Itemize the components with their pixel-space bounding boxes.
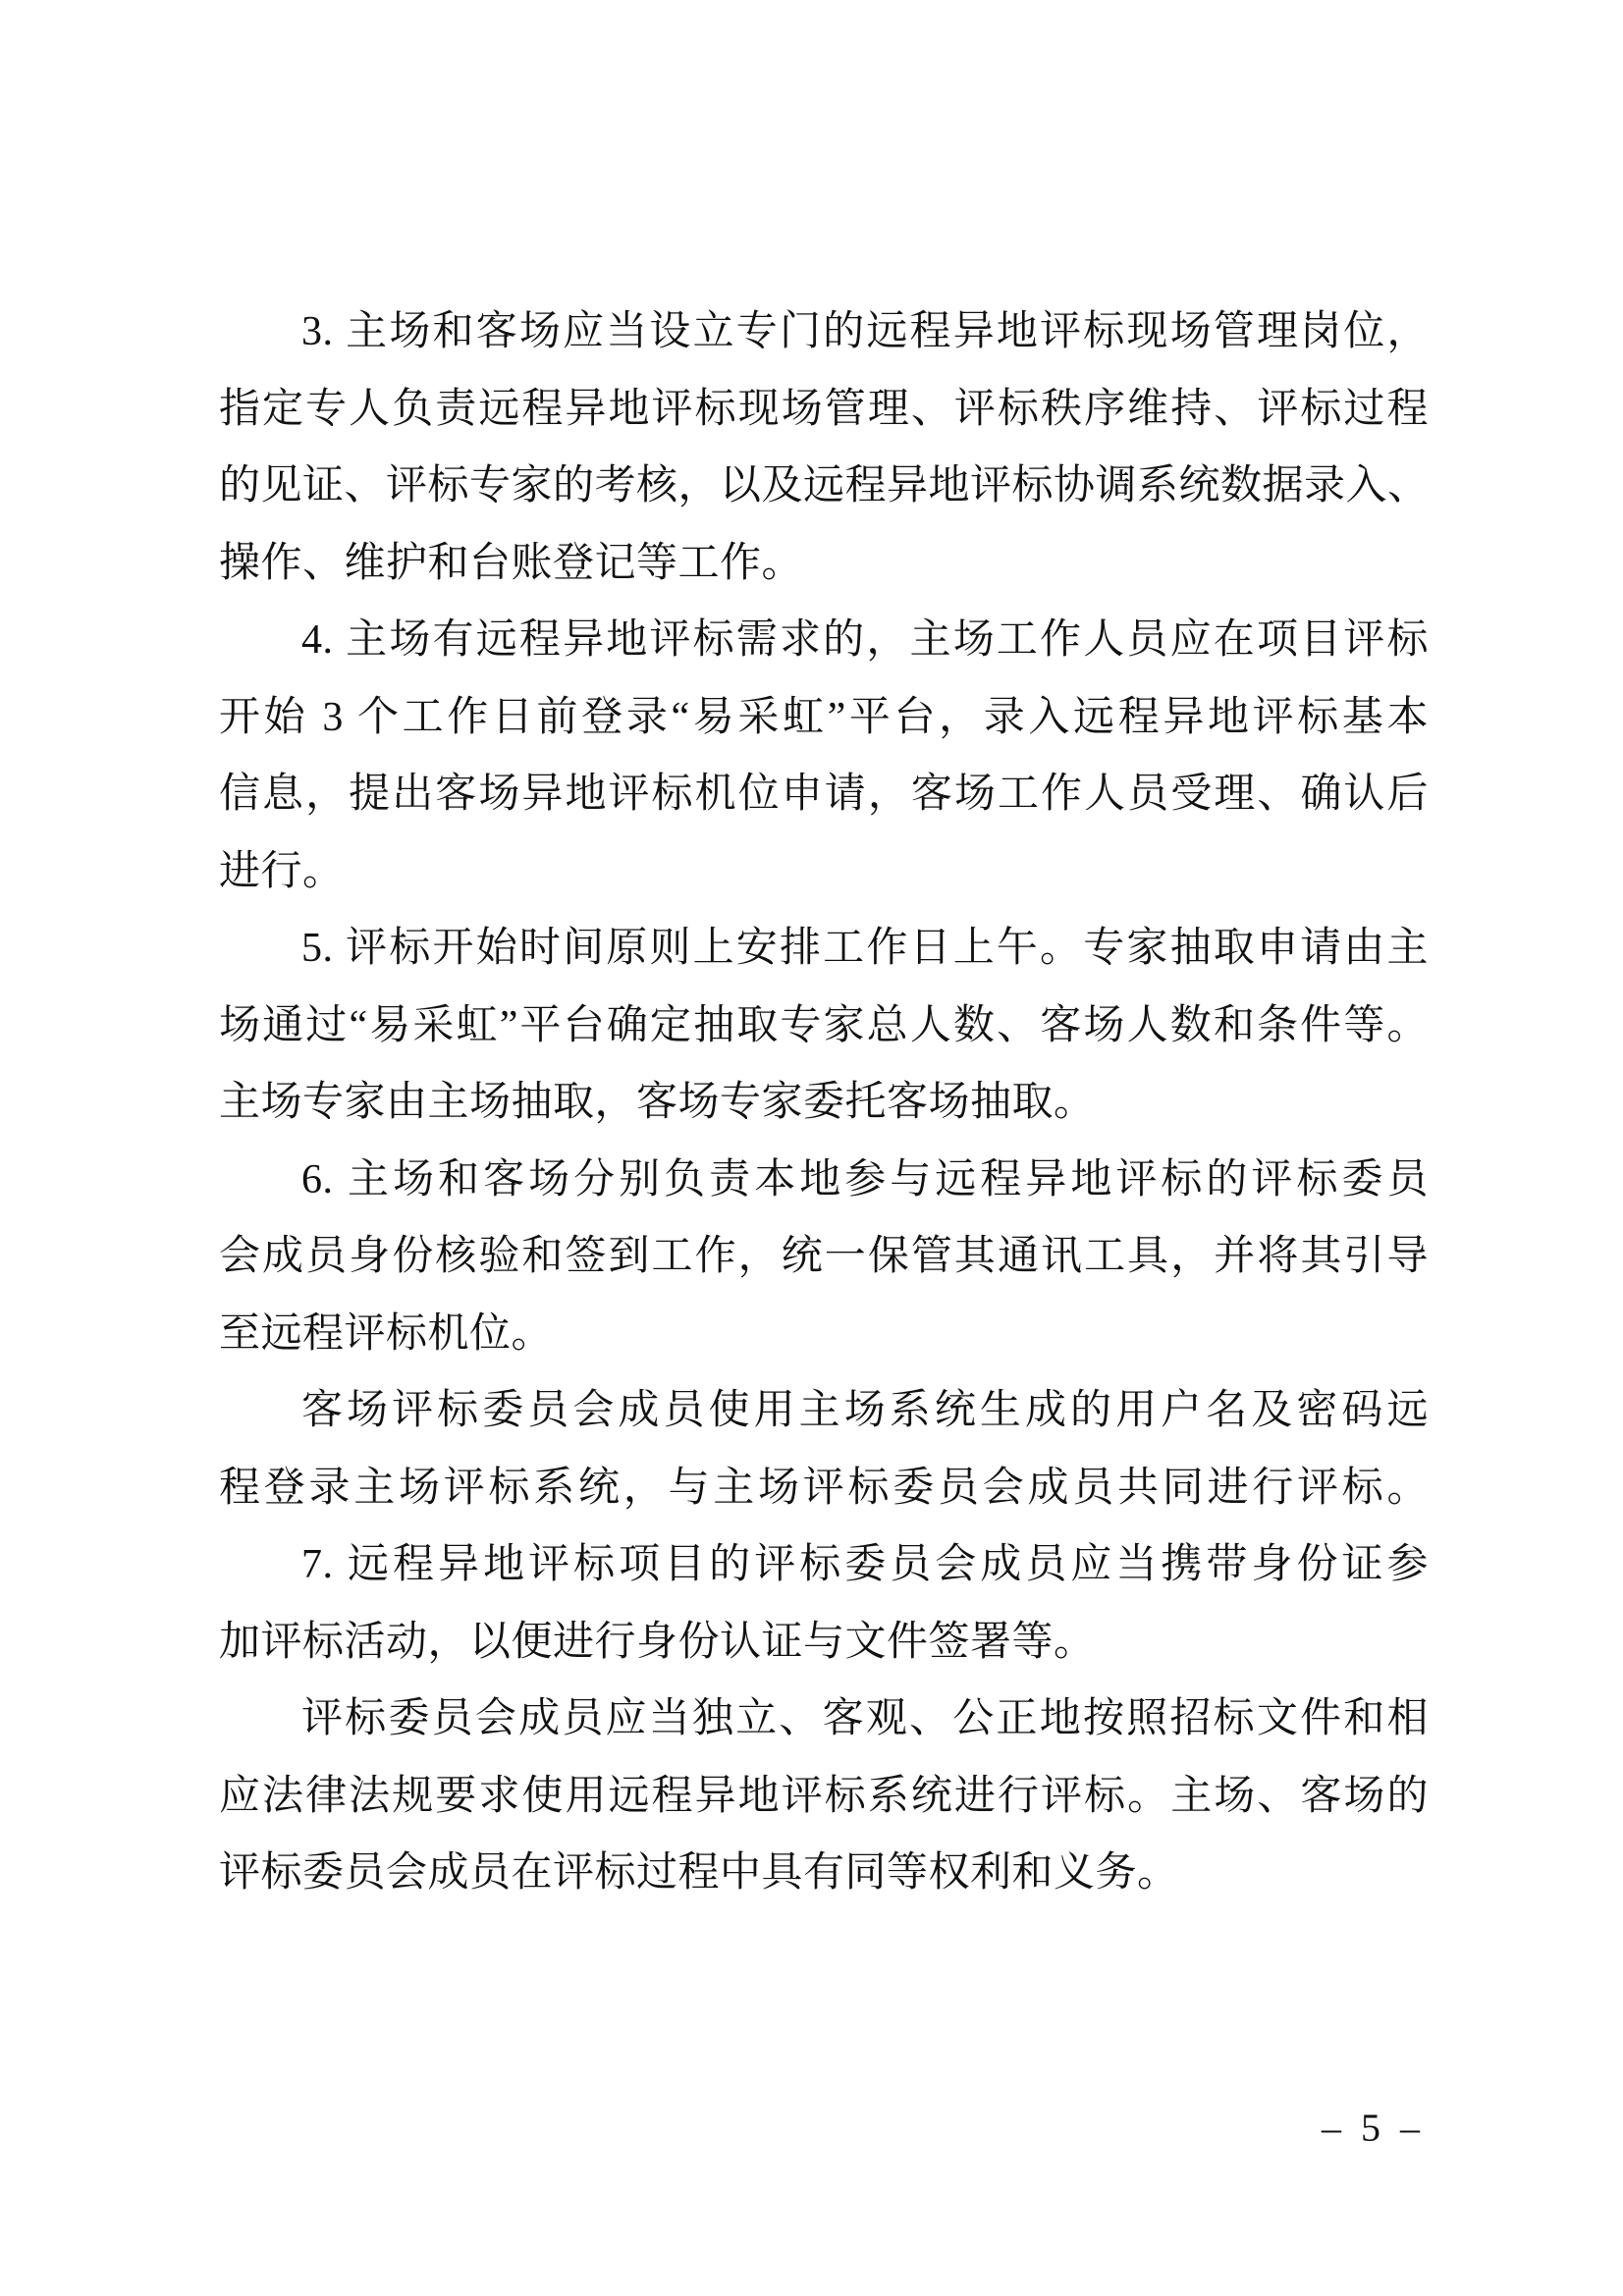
text-line: 应法律法规要求使用远程异地评标系统进行评标。主场、客场的 [219,1758,1429,1836]
text-line: 的见证、评标专家的考核，以及远程异地评标协调系统数据录入、 [219,448,1429,525]
text-line: 4. 主场有远程异地评标需求的，主场工作人员应在项目评标 [219,602,1429,679]
text-line: 开始 3 个工作日前登录“易采虹”平台，录入远程异地评标基本 [219,679,1429,757]
text-line: 加评标活动，以便进行身份认证与文件签署等。 [219,1604,1429,1682]
text-line: 操作、维护和台账登记等工作。 [219,525,1429,603]
page-number: – 5 – [1322,2107,1425,2150]
text-line: 程登录主场评标系统，与主场评标委员会成员共同进行评标。 [219,1450,1429,1527]
text-line: 至远程评标机位。 [219,1296,1429,1373]
text-line: 会成员身份核验和签到工作，统一保管其通讯工具，并将其引导 [219,1218,1429,1296]
text-line: 评标委员会成员在评标过程中具有同等权利和义务。 [219,1835,1429,1912]
text-line: 主场专家由主场抽取，客场专家委托客场抽取。 [219,1064,1429,1142]
text-line: 场通过“易采虹”平台确定抽取专家总人数、客场人数和条件等。 [219,988,1429,1065]
text-line: 指定专人负责远程异地评标现场管理、评标秩序维持、评标过程 [219,371,1429,449]
body-text: 3. 主场和客场应当设立专门的远程异地评标现场管理岗位， 指定专人负责远程异地评… [219,294,1429,1912]
text-line: 7. 远程异地评标项目的评标委员会成员应当携带身份证参 [219,1526,1429,1604]
text-line: 3. 主场和客场应当设立专门的远程异地评标现场管理岗位， [219,294,1429,371]
text-line: 信息，提出客场异地评标机位申请，客场工作人员受理、确认后 [219,756,1429,833]
text-line: 评标委员会成员应当独立、客观、公正地按照招标文件和相 [219,1681,1429,1758]
text-line: 客场评标委员会成员使用主场系统生成的用户名及密码远 [219,1372,1429,1450]
text-line: 6. 主场和客场分别负责本地参与远程异地评标的评标委员 [219,1142,1429,1219]
text-line: 5. 评标开始时间原则上安排工作日上午。专家抽取申请由主 [219,910,1429,988]
text-line: 进行。 [219,833,1429,911]
document-page: 3. 主场和客场应当设立专门的远程异地评标现场管理岗位， 指定专人负责远程异地评… [0,0,1623,2296]
